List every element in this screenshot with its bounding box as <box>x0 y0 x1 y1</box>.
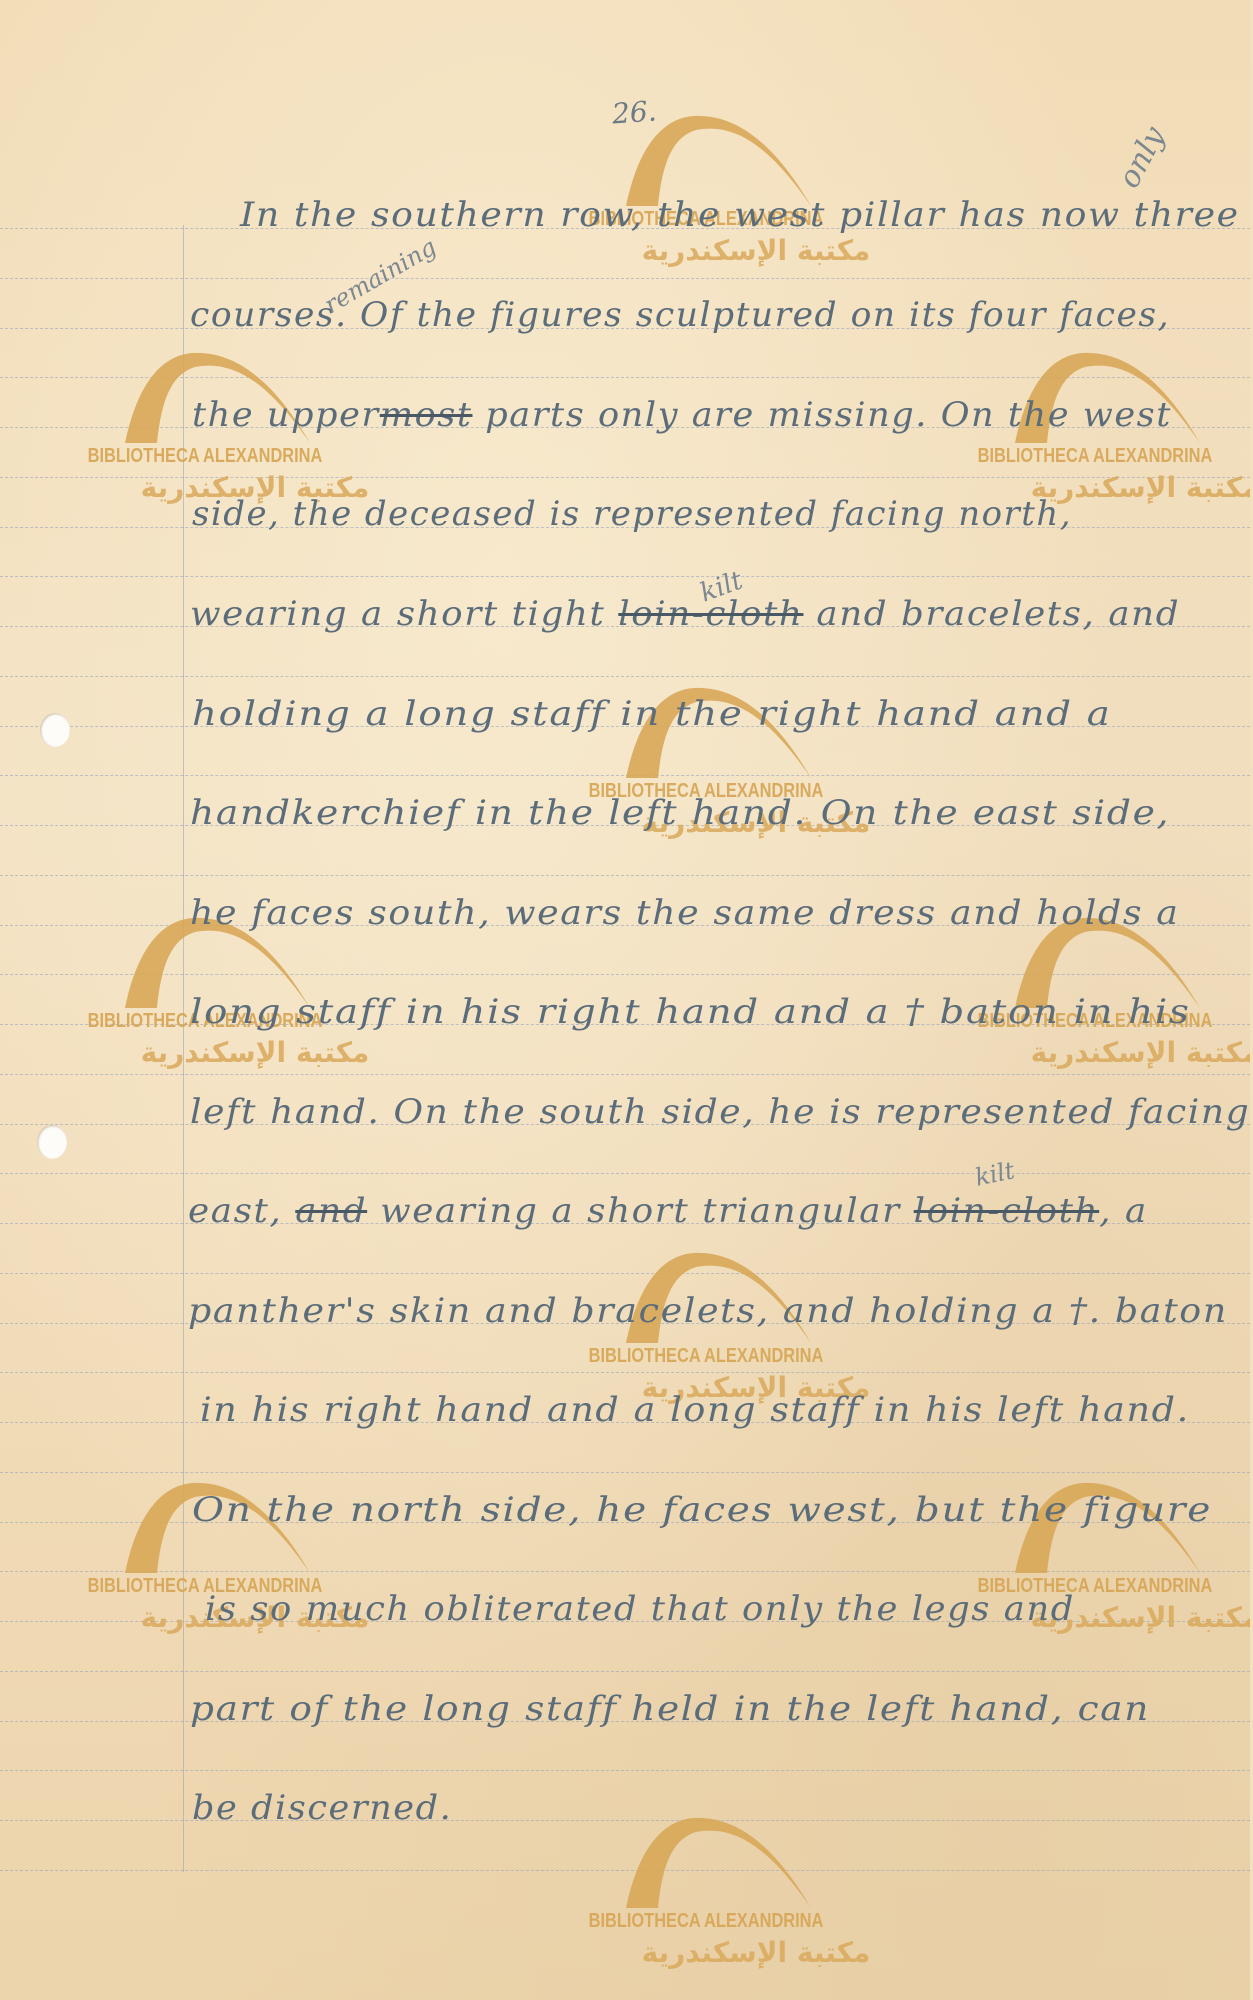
watermark: BIBLIOTHECA ALEXANDRINAمكتبة الإسكندرية <box>566 108 846 258</box>
ruled-line <box>0 1074 1250 1075</box>
annotation-kilt-south: kilt <box>973 1156 1018 1192</box>
annotation-only: only <box>1112 121 1173 194</box>
text-segment: panther's skin and bracelets, and holdin… <box>188 1291 1228 1331</box>
ruled-line <box>0 676 1250 677</box>
ruled-line <box>0 1870 1250 1871</box>
ruled-line <box>0 775 1250 776</box>
text-segment: holding a long staff in the right hand a… <box>192 694 1112 734</box>
ruled-line <box>0 1820 1250 1821</box>
ruled-line <box>0 1571 1250 1572</box>
struck-text: and <box>295 1191 367 1231</box>
watermark-text-ar: مكتبة الإسكندرية <box>125 1036 385 1069</box>
text-segment: long staff in his right hand and a † bat… <box>190 992 1191 1032</box>
ruled-line <box>0 576 1250 577</box>
handwritten-line: be discerned. <box>192 1791 452 1825</box>
watermark-text-en: BIBLIOTHECA ALEXANDRINA <box>567 1910 846 1933</box>
handwritten-line: holding a long staff in the right hand a… <box>192 697 1112 731</box>
ruled-line <box>0 377 1250 378</box>
handwritten-line: long staff in his right hand and a † bat… <box>190 995 1191 1029</box>
text-segment: left hand. On the south side, he is repr… <box>190 1092 1250 1132</box>
handwritten-line: wearing a short tight loin-cloth and bra… <box>190 597 1180 631</box>
ruled-line <box>0 1671 1250 1672</box>
handwritten-line: panther's skin and bracelets, and holdin… <box>188 1294 1228 1328</box>
watermark-text-en: BIBLIOTHECA ALEXANDRINA <box>66 445 345 468</box>
handwritten-line: In the southern row, the west pillar has… <box>240 198 1240 232</box>
punch-hole-top <box>40 713 70 747</box>
text-segment: parts only are missing. On the west <box>472 395 1171 435</box>
text-segment: side, the deceased is represented facing… <box>192 494 1072 534</box>
handwritten-line: handkerchief in the left hand. On the ea… <box>190 796 1170 830</box>
text-segment: handkerchief in the left hand. On the ea… <box>190 793 1170 833</box>
page-number: 26. <box>611 94 658 130</box>
punch-hole-bottom <box>37 1125 67 1159</box>
handwritten-line: east, and wearing a short triangular loi… <box>188 1194 1148 1228</box>
ruled-line <box>0 1173 1250 1174</box>
handwritten-line: part of the long staff held in the left … <box>190 1692 1150 1726</box>
arch-logo-icon <box>566 108 846 208</box>
watermark-text-ar: مكتبة الإسكندرية <box>626 1936 886 1969</box>
watermark: BIBLIOTHECA ALEXANDRINAمكتبة الإسكندرية <box>566 1810 846 1960</box>
struck-text: most <box>380 395 473 435</box>
text-segment: east, <box>188 1191 295 1231</box>
margin-line <box>183 225 184 1872</box>
handwritten-line: the uppermost parts only are missing. On… <box>192 398 1172 432</box>
watermark-text-en: BIBLIOTHECA ALEXANDRINA <box>956 445 1235 468</box>
text-segment: wearing a short tight <box>190 594 618 634</box>
ruled-line <box>0 1273 1250 1274</box>
text-segment: In the southern row, the west pillar has… <box>240 195 1240 235</box>
watermark-text-en: BIBLIOTHECA ALEXANDRINA <box>567 1345 846 1368</box>
handwritten-line: in his right hand and a long staff in hi… <box>200 1393 1190 1427</box>
arch-logo-icon <box>566 1810 846 1910</box>
ruled-line <box>0 1770 1250 1771</box>
text-segment: he faces south, wears the same dress and… <box>190 893 1180 933</box>
watermark-text-ar: مكتبة الإسكندرية <box>626 234 886 267</box>
handwritten-line: is so much obliterated that only the leg… <box>205 1592 1075 1626</box>
ruled-line <box>0 875 1250 876</box>
text-segment: On the north side, he faces west, but th… <box>192 1490 1212 1530</box>
text-segment: the upper <box>192 395 380 435</box>
ruled-line <box>0 477 1250 478</box>
text-segment: wearing a short triangular <box>367 1191 914 1231</box>
ruled-line <box>0 1472 1250 1473</box>
handwritten-line: he faces south, wears the same dress and… <box>190 896 1180 930</box>
text-segment: and bracelets, and <box>803 594 1180 634</box>
struck-text: loin-cloth <box>914 1191 1099 1231</box>
watermark-text-ar: مكتبة الإسكندرية <box>1015 1036 1250 1069</box>
text-segment: in his right hand and a long staff in hi… <box>200 1390 1190 1430</box>
ruled-line <box>0 974 1250 975</box>
ruled-line <box>0 1372 1250 1373</box>
manuscript-page: BIBLIOTHECA ALEXANDRINAمكتبة الإسكندريةB… <box>0 0 1250 2000</box>
handwritten-line: left hand. On the south side, he is repr… <box>190 1095 1250 1129</box>
handwritten-line: On the north side, he faces west, but th… <box>192 1493 1212 1527</box>
text-segment: be discerned. <box>192 1788 452 1828</box>
text-segment: part of the long staff held in the left … <box>190 1689 1150 1729</box>
text-segment: , a <box>1099 1191 1148 1231</box>
ruled-line <box>0 278 1250 279</box>
handwritten-line: side, the deceased is represented facing… <box>192 497 1072 531</box>
text-segment: is so much obliterated that only the leg… <box>205 1589 1075 1629</box>
